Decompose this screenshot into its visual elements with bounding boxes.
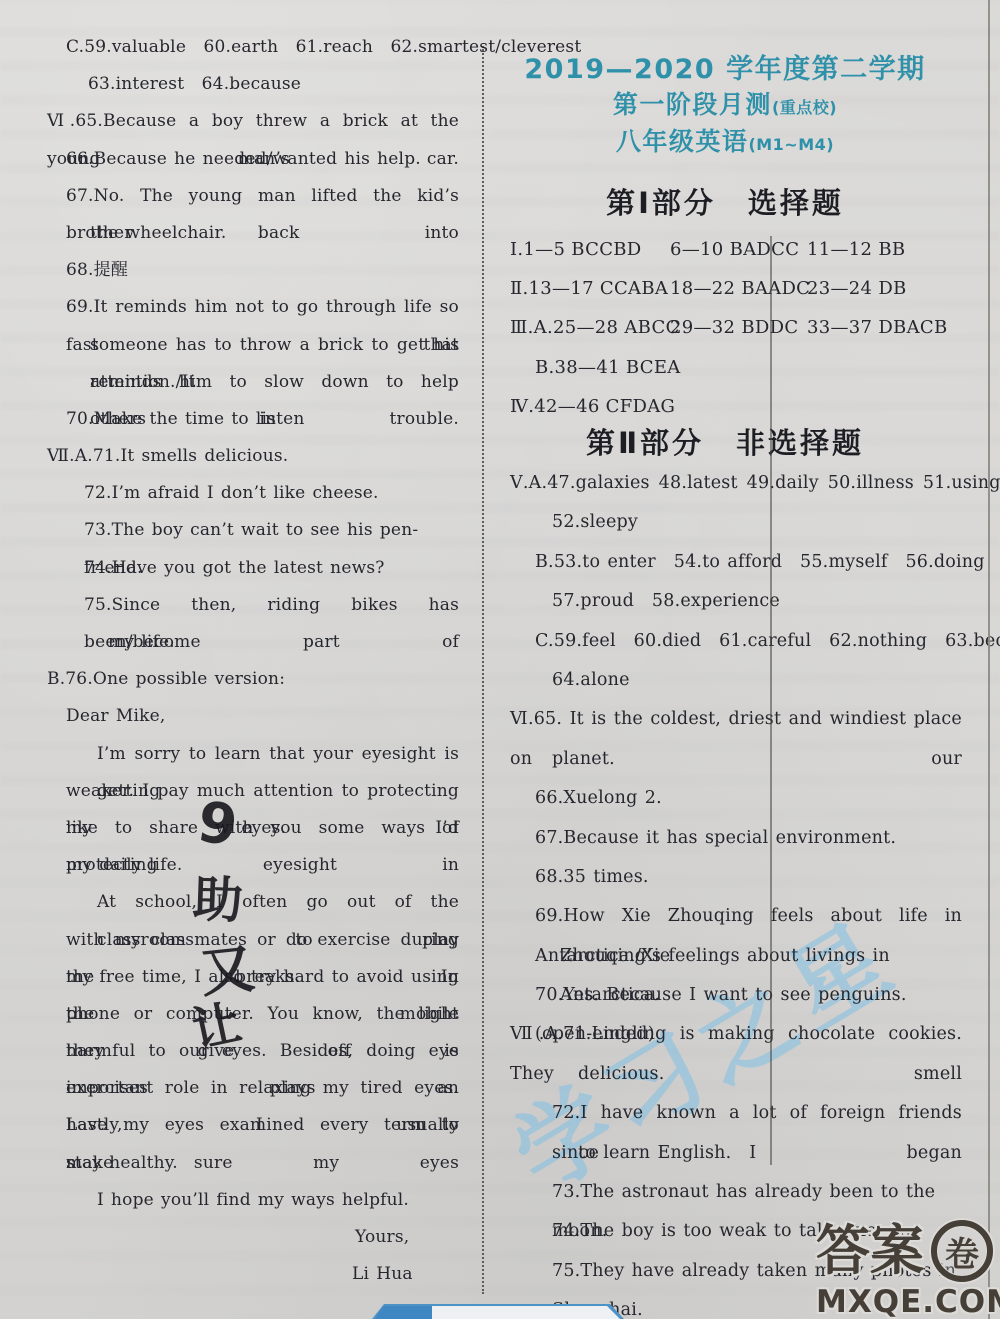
answer-line: 75.Since then, riding bikes has been/bec…: [84, 587, 459, 624]
brand-watermark-logo: 答案 卷: [816, 1220, 1000, 1282]
bottom-banner-fragment: [372, 1304, 624, 1319]
exam-header-test-paren: (重点校): [772, 98, 837, 117]
exam-header-subject: 八年级英语(M1~M4): [500, 125, 950, 162]
answer-line: Ⅵ.65. It is the coldest, driest and wind…: [510, 700, 962, 739]
section-2-title: 第Ⅱ部分 非选择题: [500, 421, 950, 462]
answer-line: C.59.feel 60.died 61.careful 62.nothing …: [535, 622, 962, 661]
choice-answer-segment: 33—37 DBACB: [807, 308, 948, 347]
answer-line: 52.sleepy: [552, 503, 962, 542]
right-answer-column: Ⅴ.A.47.galaxies 48.latest 49.daily 50.il…: [510, 464, 962, 1291]
answer-line: Ⅶ.A.71.Lingling is making chocolate cook…: [510, 1015, 962, 1054]
answer-line: 70.Yes. Because I want to see penguins. …: [535, 976, 962, 1015]
exam-header-subject-paren: (M1~M4): [748, 135, 834, 154]
letter-signoff: Yours,: [355, 1219, 459, 1256]
choice-answer-row: Ⅲ.A.25—28 ABCC 29—32 BDDC 33—37 DBACB: [510, 308, 962, 347]
exam-header-test-name: 第一阶段月测(重点校): [500, 88, 950, 125]
choice-answer-row: Ⅱ.13—17 CCABA 18—22 BAADC 23—24 DB: [510, 269, 962, 308]
choice-answer-row: Ⅰ.1—5 BCCBD 6—10 BADCC 11—12 BB: [510, 230, 962, 269]
choice-answer-segment: 6—10 BADCC: [670, 230, 799, 269]
page-edge-line: [988, 0, 990, 1319]
answer-line: 74.Have you got the latest news?: [84, 550, 459, 587]
answer-line: someone has to throw a brick to get his …: [90, 327, 459, 364]
answer-line: 73.The astronaut has already been to the…: [552, 1173, 962, 1212]
answer-line: 72.I have known a lot of foreign friends…: [552, 1094, 962, 1133]
choice-answer-row: B.38—41 BCEA: [535, 348, 962, 387]
exam-header: 2019—2020 学年度第二学期 第一阶段月测(重点校) 八年级英语(M1~M…: [500, 52, 950, 162]
choice-answer-segment: Ⅳ.42—46 CFDAG: [510, 396, 675, 417]
exam-header-test-main: 第一阶段月测: [613, 90, 772, 119]
bottom-banner-blue-segment: [374, 1306, 432, 1319]
letter-body-line: I hope you’ll find my ways helpful.: [97, 1182, 459, 1219]
choice-answer-segment: Ⅱ.13—17 CCABA: [510, 278, 668, 299]
exam-header-subject-main: 八年级英语: [616, 127, 749, 156]
letter-body-line: harmful to our eyes. Besides, doing eye …: [66, 1033, 459, 1070]
brand-watermark-domain: MXQE.COM: [816, 1284, 1000, 1319]
choice-answer-segment: B.38—41 BCEA: [535, 357, 681, 378]
left-answer-column: C.59.valuable 60.earth 61.reach 62.smart…: [47, 29, 459, 1293]
answer-line: 63.interest 64.because: [88, 66, 459, 103]
letter-body-line: weaker. I pay much attention to protecti…: [66, 773, 459, 810]
answer-line: 72.I’m afraid I don’t like cheese.: [84, 475, 459, 512]
answer-line: 67.Because it has special environment.: [535, 819, 962, 858]
answer-line: C.59.valuable 60.earth 61.reach 62.smart…: [66, 29, 459, 66]
brand-watermark-name: 答案: [816, 1222, 924, 1280]
answer-line: 68.提醒: [66, 252, 459, 289]
letter-body-line: like to share with you some ways of prot…: [66, 810, 459, 847]
brand-watermark-circle-seal: 卷: [931, 1220, 993, 1282]
answer-line: Ⅴ.A.47.galaxies 48.latest 49.daily 50.il…: [510, 464, 962, 503]
answer-line: 69.How Xie Zhouqing feels about life in …: [535, 897, 962, 936]
choice-answer-segment: Ⅲ.A.25—28 ABCC: [510, 317, 680, 338]
choice-answer-segment: 18—22 BAADC: [670, 269, 810, 308]
choice-answers-block: Ⅰ.1—5 BCCBD 6—10 BADCC 11—12 BB Ⅱ.13—17 …: [510, 230, 962, 426]
letter-signature: Li Hua: [352, 1256, 459, 1293]
answer-line: 68.35 times.: [535, 858, 962, 897]
answer-line: 64.alone: [552, 661, 962, 700]
letter-body-line: important role in relaxing my tired eyes…: [66, 1070, 459, 1107]
section-1-title: 第Ⅰ部分 选择题: [500, 181, 950, 222]
letter-salutation: Dear Mike,: [66, 698, 459, 735]
answer-line: 66.Xuelong 2.: [535, 779, 962, 818]
choice-answer-segment: Ⅰ.1—5 BCCBD: [510, 239, 642, 260]
exam-header-term: 2019—2020 学年度第二学期: [500, 52, 950, 88]
scanned-answer-page: { "left_column": { "lines": [ "C.59.valu…: [0, 0, 1000, 1319]
answer-line: Ⅶ.A.71.It smells delicious.: [47, 438, 459, 475]
answer-line: 66.Because he needed/wanted his help.: [66, 141, 459, 178]
column-divider-dotted-line: [482, 46, 484, 1294]
answer-line: 69.It reminds him not to go through life…: [66, 289, 459, 326]
answer-line: 67.No. The young man lifted the kid’s br…: [66, 178, 459, 215]
crease-line: [770, 236, 772, 1165]
answer-line: B.76.One possible version:: [47, 661, 459, 698]
answer-line: 57.proud 58.experience: [552, 582, 962, 621]
letter-body-line: my free time, I also try hard to avoid u…: [66, 959, 459, 996]
choice-answer-segment: 23—24 DB: [807, 269, 907, 308]
letter-body-line: At school, I often go out of the classro…: [97, 884, 459, 921]
answer-line: Ⅵ.65.Because a boy threw a brick at the …: [47, 103, 459, 140]
letter-body-line: phone or computer. You know, the light t…: [66, 996, 459, 1033]
answer-line: reminds him to slow down to help others …: [90, 364, 459, 401]
letter-body-line: have my eyes examined every term to make…: [66, 1107, 459, 1144]
answer-line: B.53.to enter 54.to afford 55.myself 56.…: [535, 543, 962, 582]
answer-line: Zhouqing’s feelings about livings in Ant…: [560, 937, 962, 976]
handwriting-mark: 助: [192, 859, 244, 933]
brand-watermark: 答案 卷 MXQE.COM: [816, 1220, 1000, 1319]
letter-body-line: I’m sorry to learn that your eyesight is…: [97, 736, 459, 773]
letter-body-line: with my classmates or do exercise during…: [66, 922, 459, 959]
choice-answer-segment: 11—12 BB: [807, 230, 905, 269]
answer-line: 73.The boy can’t wait to see his pen-fri…: [84, 512, 459, 549]
choice-answer-segment: 29—32 BDDC: [670, 308, 798, 347]
